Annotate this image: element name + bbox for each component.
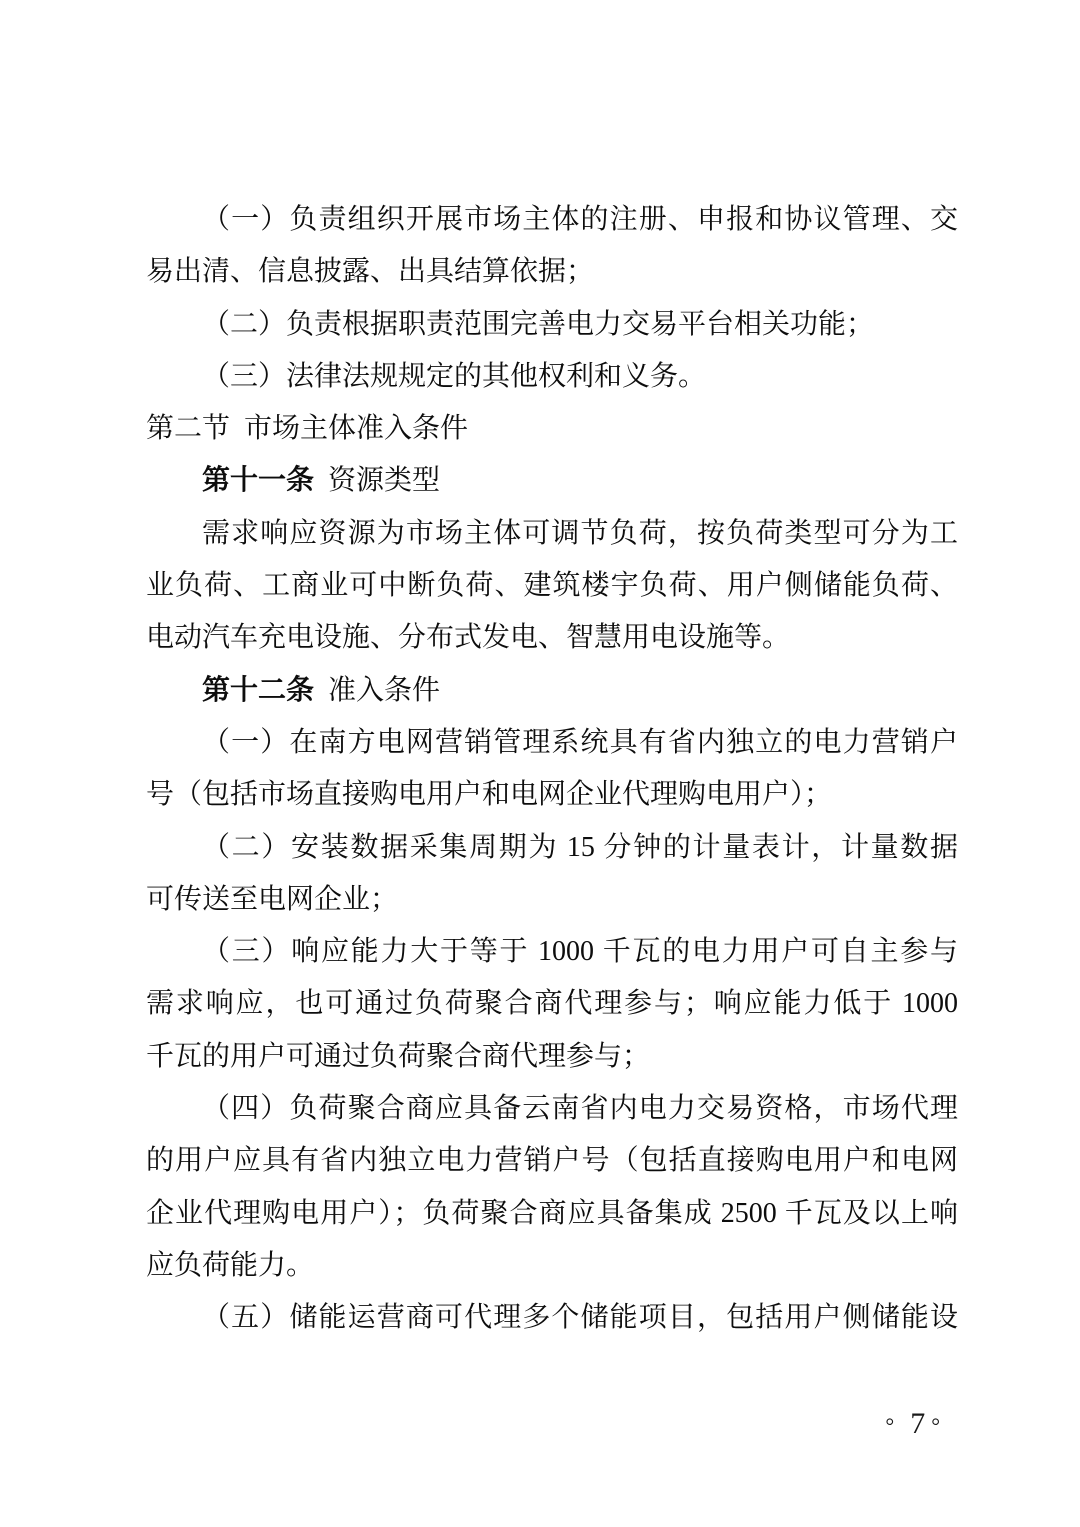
clause-line: 需求响应，也可通过负荷聚合商代理参与；响应能力低于 1000 [146,978,958,1030]
paragraph-line: 电动汽车充电设施、分布式发电、智慧用电设施等。 [146,612,958,664]
clause-line: 号（包括市场直接购电用户和电网企业代理购电用户）； [146,769,958,821]
clause-line: 可传送至电网企业； [146,874,958,926]
section-number: 第二节 [146,413,230,444]
clause-line: 千瓦的用户可通过负荷聚合商代理参与； [146,1031,958,1083]
article-title: 准入条件 [328,675,440,706]
document-body: （一）负责组织开展市场主体的注册、申报和协议管理、交 易出清、信息披露、出具结算… [146,194,958,1345]
section-heading: 第二节市场主体准入条件 [146,403,958,455]
clause-line: （二）安装数据采集周期为 15 分钟的计量表计，计量数据 [146,822,958,874]
clause-line: （二）负责根据职责范围完善电力交易平台相关功能； [146,299,958,351]
footer-left-ring-icon: ° [885,1415,894,1437]
clause-line: （四）负荷聚合商应具备云南省内电力交易资格，市场代理 [146,1083,958,1135]
document-page: （一）负责组织开展市场主体的注册、申报和协议管理、交 易出清、信息披露、出具结算… [0,0,1080,1527]
article-title: 资源类型 [328,465,440,496]
clause-line: （一）负责组织开展市场主体的注册、申报和协议管理、交 [146,194,958,246]
clause-line: 的用户应具有省内独立电力营销户号（包括直接购电用户和电网 [146,1135,958,1187]
section-title: 市场主体准入条件 [244,413,468,444]
article-number: 第十一条 [202,465,314,496]
page-footer: ° 7 ° [885,1402,940,1446]
clause-line: （五）储能运营商可代理多个储能项目，包括用户侧储能设 [146,1292,958,1344]
footer-right-ring-icon: ° [931,1415,940,1437]
page-number: 7 [910,1409,925,1439]
article-number: 第十二条 [202,675,314,706]
clause-line: 企业代理购电用户）；负荷聚合商应具备集成 2500 千瓦及以上响 [146,1188,958,1240]
clause-line: （一）在南方电网营销管理系统具有省内独立的电力营销户 [146,717,958,769]
clause-line: 应负荷能力。 [146,1240,958,1292]
paragraph-line: 需求响应资源为市场主体可调节负荷，按负荷类型可分为工 [146,508,958,560]
clause-line: （三）法律法规规定的其他权利和义务。 [146,351,958,403]
clause-line: 易出清、信息披露、出具结算依据； [146,246,958,298]
article-heading-11: 第十一条资源类型 [146,455,958,507]
clause-line: （三）响应能力大于等于 1000 千瓦的电力用户可自主参与 [146,926,958,978]
paragraph-line: 业负荷、工商业可中断负荷、建筑楼宇负荷、用户侧储能负荷、 [146,560,958,612]
article-heading-12: 第十二条准入条件 [146,665,958,717]
